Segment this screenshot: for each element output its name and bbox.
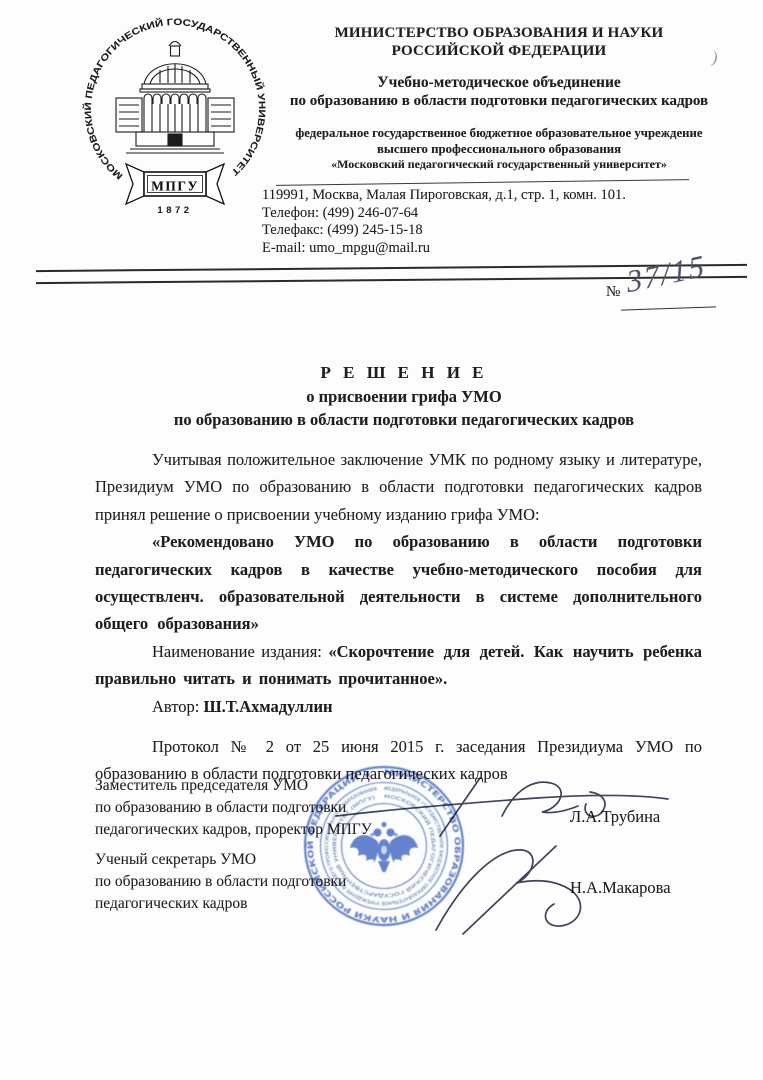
institution-line-2: высшего профессионального образования [258, 142, 740, 158]
emblem-founding-year: 1872 [157, 205, 192, 216]
contact-block: 119991, Москва, Малая Пироговская, д.1, … [262, 187, 626, 257]
phone-line: Телефон: (499) 246-07-64 [262, 205, 626, 223]
signature-makarova [408, 836, 663, 938]
paragraph-grif-recommendation: «Рекомендовано УМО по образованию в обла… [95, 528, 702, 638]
university-building-illustration [116, 42, 234, 154]
address-line: 119991, Москва, Малая Пироговская, д.1, … [262, 187, 626, 205]
institution-line-1: федеральное государственное бюджетное об… [258, 126, 740, 142]
document-title: Р Е Ш Е Н И Е о присвоении грифа УМО по … [95, 363, 713, 430]
umo-line-1: Учебно-методическое объединение [258, 73, 740, 92]
author-label: Автор: [152, 697, 204, 716]
paragraph-edition-name: Наименование издания: «Скорочтение для д… [95, 638, 702, 693]
paragraph-author: Автор: Ш.Т.Ахмадуллин [95, 693, 702, 720]
decision-document-scan: МОСКОВСКИЙ ПЕДАГОГИЧЕСКИЙ ГОСУДАРСТВЕННЫ… [0, 0, 763, 1080]
title-line-2: о присвоении грифа УМО [95, 387, 713, 407]
edition-label: Наименование издания: [152, 642, 328, 661]
document-body: Учитывая положительное заключение УМК по… [95, 446, 702, 788]
mpgu-emblem: МОСКОВСКИЙ ПЕДАГОГИЧЕСКИЙ ГОСУДАРСТВЕННЫ… [80, 12, 270, 247]
doc-number-label: № [606, 284, 620, 301]
title-line-3: по образованию в области подготовки педа… [95, 410, 713, 430]
paragraph-preamble: Учитывая положительное заключение УМК по… [95, 446, 702, 528]
doc-number-handwritten: 37/15 [625, 248, 708, 301]
ministry-line-2: РОССИЙСКОЙ ФЕДЕРАЦИИ [258, 42, 740, 60]
umo-line-2: по образованию в области подготовки педа… [258, 92, 740, 111]
ministry-line-1: МИНИСТЕРСТВО ОБРАЗОВАНИЯ И НАУКИ [258, 24, 740, 42]
letterhead-divider [276, 179, 689, 186]
emblem-acronym: МПГУ [151, 179, 199, 194]
letterhead: МИНИСТЕРСТВО ОБРАЗОВАНИЯ И НАУКИ РОССИЙС… [258, 24, 740, 172]
institution-line-3: «Московский педагогический государственн… [258, 157, 740, 172]
title-line-1: Р Е Ш Е Н И Е [95, 363, 713, 383]
fax-line: Телефакс: (499) 245-15-18 [262, 222, 626, 240]
author-name: Ш.Т.Ахмадуллин [204, 697, 333, 716]
doc-number-underline [621, 306, 716, 310]
email-line: E-mail: umo_mpgu@mail.ru [262, 240, 626, 258]
